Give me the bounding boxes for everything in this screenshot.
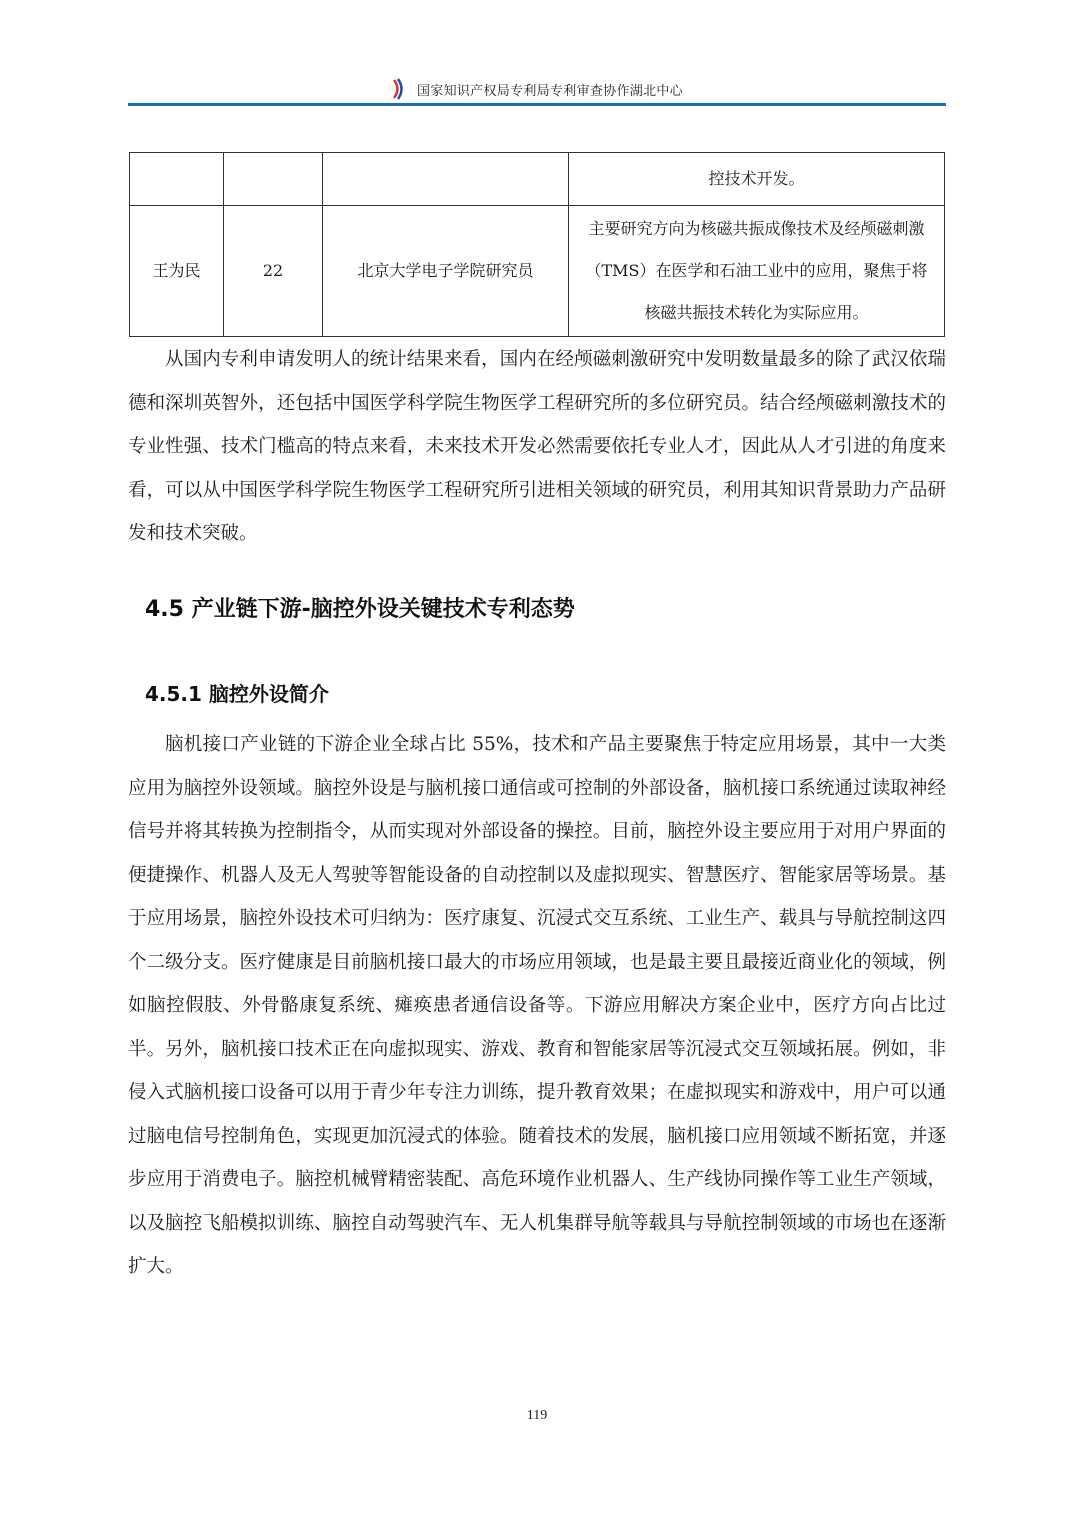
table-cell-name bbox=[130, 153, 224, 206]
table-cell-description: 主要研究方向为核磁共振成像技术及经颅磁刺激（TMS）在医学和石油工业中的应用，聚… bbox=[569, 206, 945, 337]
table-row: 控技术开发。 bbox=[130, 153, 945, 206]
table-row: 王为民 22 北京大学电子学院研究员 主要研究方向为核磁共振成像技术及经颅磁刺激… bbox=[130, 206, 945, 337]
header-divider bbox=[128, 103, 946, 106]
subsection-heading: 4.5.1 脑控外设简介 bbox=[145, 678, 329, 707]
table-cell-affiliation bbox=[323, 153, 569, 206]
inventor-table: 控技术开发。 王为民 22 北京大学电子学院研究员 主要研究方向为核磁共振成像技… bbox=[129, 152, 945, 337]
header-title: 国家知识产权局专利局专利审查协作湖北中心 bbox=[417, 80, 683, 99]
body-paragraph: 脑机接口产业链的下游企业全球占比 55%，技术和产品主要聚焦于特定应用场景，其中… bbox=[128, 723, 946, 1289]
section-heading: 4.5 产业链下游-脑控外设关键技术专利态势 bbox=[145, 592, 575, 623]
table-cell-count bbox=[224, 153, 323, 206]
body-paragraph: 从国内专利申请发明人的统计结果来看，国内在经颅磁刺激研究中发明数量最多的除了武汉… bbox=[128, 338, 946, 556]
table-cell-count: 22 bbox=[224, 206, 323, 337]
page-header: 国家知识产权局专利局专利审查协作湖北中心 bbox=[128, 74, 946, 104]
cnipa-hubei-logo-icon bbox=[391, 78, 405, 100]
table-cell-name: 王为民 bbox=[130, 206, 224, 337]
page-number: 119 bbox=[0, 1408, 1074, 1424]
table-cell-description: 控技术开发。 bbox=[569, 153, 945, 206]
table-cell-affiliation: 北京大学电子学院研究员 bbox=[323, 206, 569, 337]
